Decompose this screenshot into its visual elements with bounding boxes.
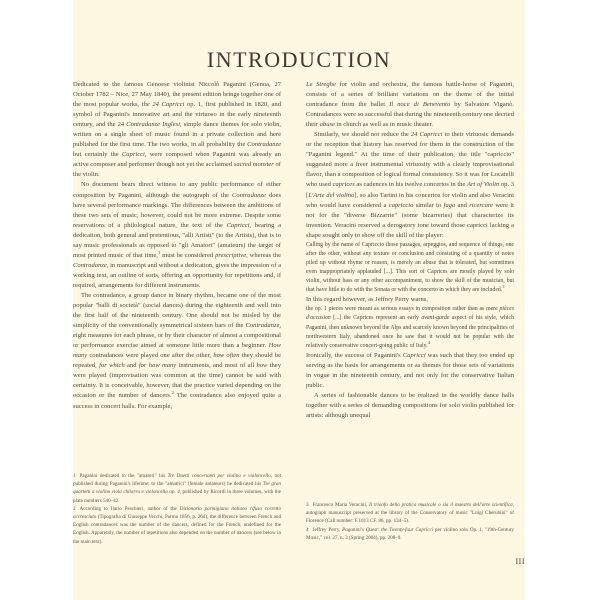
footnote-number: 1 <box>73 473 80 479</box>
left-column: Dedicated to the famous Genoese violinis… <box>73 80 281 412</box>
footnote-ref: 3 <box>502 284 504 289</box>
italic-text: 24 Capricci <box>411 131 443 138</box>
footnote-ref: 2 <box>172 390 174 395</box>
paragraph: A series of fashionable dances to be rea… <box>306 391 514 421</box>
italic-text: Il noce di Benevento <box>389 101 450 108</box>
italic-text: ricercare <box>469 202 493 209</box>
paragraph: No document bears direct witness to any … <box>73 180 281 291</box>
italic-text: how often <box>213 352 239 359</box>
italic-text: Paganini's Quest: the Twenty-four Capric… <box>342 527 433 533</box>
italic-text: Tre gran quartetti a violino viola chita… <box>73 481 281 495</box>
italic-text: Art of Violin <box>467 181 499 188</box>
italic-text: L'Arte del violino <box>308 192 354 199</box>
footnote-ref: 1 <box>158 250 160 255</box>
paragraph: In this regard however, as Jeffrey Perry… <box>306 295 514 305</box>
italic-text: abuse <box>320 121 335 128</box>
italic-text: rifuso corretto accresciuto <box>73 506 281 520</box>
footnote: 1Paganini dedicated to the "amatori" his… <box>73 472 281 505</box>
footnote: 3Francesco Maria Veracini, Il trionfo de… <box>306 501 514 526</box>
block-quote: Calling by the name of Capriccio those p… <box>306 241 514 296</box>
paragraph: Similarly, we should not reduce the 24 C… <box>306 130 514 241</box>
italic-text: Capricci <box>227 222 250 229</box>
italic-text: Contradanze <box>247 141 281 148</box>
italic-text: Capricci <box>403 352 426 359</box>
paragraph: Dedicated to the famous Genoese violinis… <box>73 80 281 180</box>
italic-text: sacred monster <box>234 161 274 168</box>
footnote: 2According to Ilario Peschieri, author o… <box>73 505 281 546</box>
italic-text: Capricci <box>122 151 145 158</box>
italic-text: Dizionario parmigiano italiano <box>180 506 247 512</box>
paragraph: Ironically, the success of Paganini's Ca… <box>306 351 514 391</box>
right-column: Le Streghe for violin and orchestra, the… <box>306 80 514 421</box>
italic-text: how <box>256 362 267 369</box>
italic-text: for how many <box>139 362 176 369</box>
italic-text: fuga <box>444 202 456 209</box>
italic-text: avant-garde <box>421 315 449 321</box>
italic-text: for which <box>99 362 125 369</box>
italic-text: Contradanze <box>73 262 107 269</box>
italic-text: Il trionfo della pratica musicale o sia … <box>369 502 513 508</box>
footnote-number: 2 <box>73 506 80 512</box>
italic-text: How many <box>73 342 281 359</box>
footnote-ref: 4 <box>428 340 430 345</box>
italic-text: pièces d'occasion <box>306 306 514 321</box>
right-footnotes: 3Francesco Maria Veracini, Il trionfo de… <box>306 501 514 542</box>
italic-text: Contradanze Inglesi <box>126 121 180 128</box>
italic-text: Le Streghe <box>306 81 336 88</box>
italic-text: Contradanze <box>232 192 266 199</box>
block-quote: the op. 1 pieces were meant as serious e… <box>306 305 514 350</box>
paragraph: Le Streghe for violin and orchestra, the… <box>306 80 514 130</box>
footnote: 4Jeffrey Perry, Paganini's Quest: the Tw… <box>306 526 514 542</box>
book-page: INTRODUCTION Dedicated to the famous Gen… <box>73 0 525 600</box>
italic-text: prescriptive <box>215 252 246 259</box>
paragraph: The contradance, a group dance in binary… <box>73 291 281 412</box>
left-footnotes: 1Paganini dedicated to the "amatori" his… <box>73 472 281 546</box>
italic-text: capriccio <box>389 202 414 209</box>
italic-text: caprices <box>333 181 355 188</box>
footnote-number: 3 <box>306 502 313 508</box>
page-number: III <box>516 557 526 566</box>
italic-text: Tre Duetti concertanti per violino e vio… <box>168 473 271 479</box>
italic-text: Contradanze <box>246 322 280 329</box>
italic-text: the 24 Capricci <box>142 101 185 108</box>
footnote-number: 4 <box>306 527 313 533</box>
page-title: INTRODUCTION <box>73 47 525 73</box>
